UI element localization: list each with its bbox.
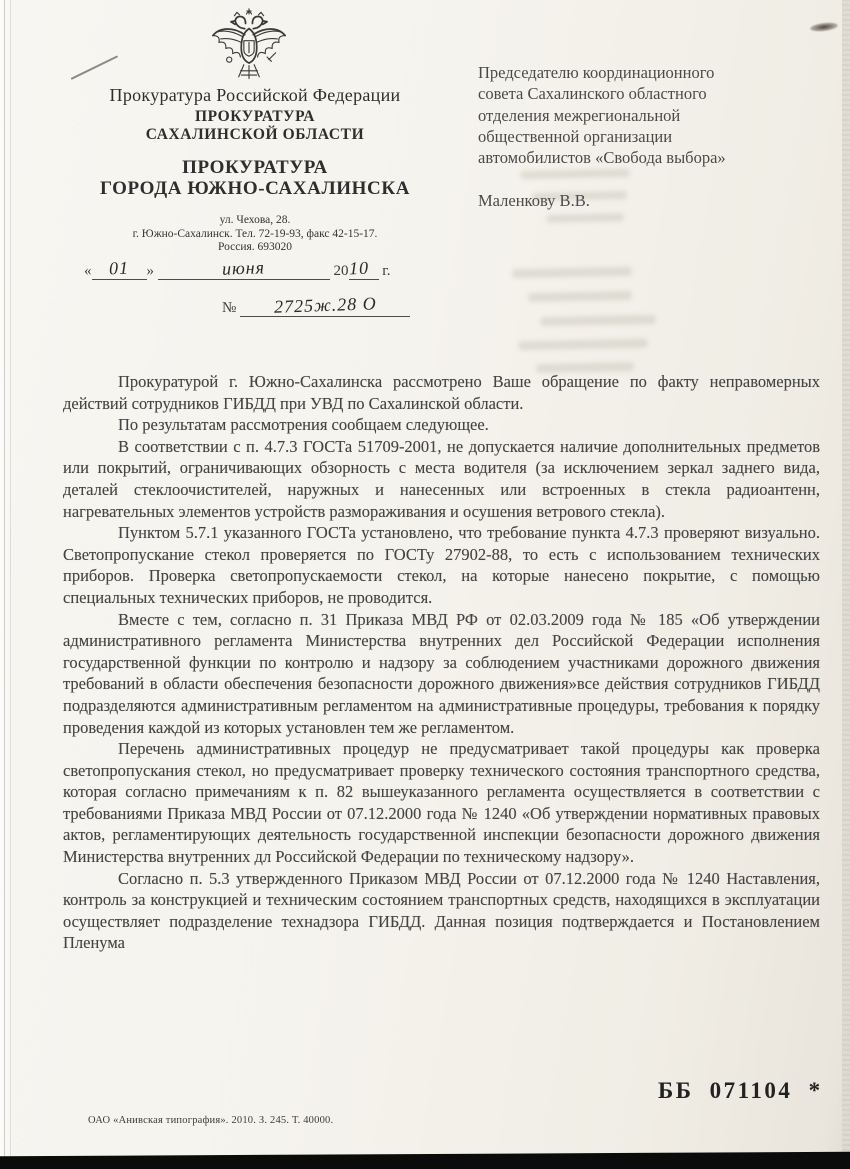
body-paragraph: Прокуратурой г. Южно-Сахалинска рассмотр… xyxy=(63,371,820,414)
date-month-handwritten: июня xyxy=(222,257,266,279)
outgoing-number-line: № 2725ж.28 О xyxy=(222,295,410,317)
bleed-through-mark xyxy=(518,339,648,351)
org-name-oblast-line2: САХАЛИНСКОЙ ОБЛАСТИ xyxy=(40,126,470,144)
org-name-city-line1: ПРОКУРАТУРА xyxy=(40,157,470,178)
addressee-line: автомобилистов «Свобода выбора» xyxy=(478,147,818,168)
letterhead-address: ул. Чехова, 28. г. Южно-Сахалинск. Тел. … xyxy=(40,214,470,254)
addressee-line: Председателю координационного xyxy=(478,62,818,83)
addressee-block: Председателю координационного совета Сах… xyxy=(478,62,818,212)
form-series-code: ББ 071104 * xyxy=(658,1078,823,1104)
scan-bottom-edge xyxy=(0,1152,850,1169)
body-paragraph: Перечень административных процедур не пр… xyxy=(63,738,820,868)
body-paragraph: Пунктом 5.7.1 указанного ГОСТа установле… xyxy=(63,522,820,608)
date-year-printed: 20 xyxy=(334,263,349,279)
org-name-oblast-line1: ПРОКУРАТУРА xyxy=(40,108,470,126)
date-day-handwritten: 01 xyxy=(109,258,130,280)
scan-vertical-line xyxy=(4,0,5,1169)
addressee-line: совета Сахалинского областного xyxy=(478,83,818,104)
address-city-phone: г. Южно-Сахалинск. Тел. 72-19-93, факс 4… xyxy=(40,228,470,241)
org-name-city-line2: ГОРОДА ЮЖНО-САХАЛИНСКА xyxy=(40,178,470,199)
date-open-quote: « xyxy=(84,263,92,279)
body-paragraph: По результатам рассмотрения сообщаем сле… xyxy=(63,414,820,436)
number-label: № xyxy=(222,300,236,316)
date-year-handwritten: 10 xyxy=(348,258,369,280)
bleed-through-mark xyxy=(528,291,632,302)
bleed-through-mark xyxy=(540,315,656,326)
org-name-federation: Прокуратура Российской Федерации xyxy=(40,85,470,106)
addressee-line: отделения межрегиональной xyxy=(478,105,818,126)
print-shop-imprint: ОАО «Анивская типография». 2010. З. 245.… xyxy=(88,1115,333,1126)
russian-double-headed-eagle-icon xyxy=(206,6,292,96)
letter-body: Прокуратурой г. Южно-Сахалинска рассмотр… xyxy=(63,371,820,954)
bleed-through-mark xyxy=(546,213,624,223)
body-paragraph: Вместе с тем, согласно п. 31 Приказа МВД… xyxy=(63,609,820,739)
scan-right-edge xyxy=(842,0,850,1169)
body-paragraph: Согласно п. 5.3 утвержденного Приказом М… xyxy=(63,868,820,954)
addressee-line: общественной организации xyxy=(478,126,818,147)
scanned-letter-page: Прокуратура Российской Федерации ПРОКУРА… xyxy=(0,0,850,1169)
bleed-through-mark xyxy=(512,267,632,279)
ink-smudge-artifact xyxy=(810,21,839,32)
number-value-handwritten: 2725ж.28 О xyxy=(273,293,376,318)
address-street: ул. Чехова, 28. xyxy=(40,214,470,227)
date-close-quote: » xyxy=(147,263,155,279)
pencil-mark-artifact xyxy=(71,55,119,80)
address-country-zip: Россия. 693020 xyxy=(40,241,470,254)
body-paragraph: В соответствии с п. 4.7.3 ГОСТа 51709-20… xyxy=(63,436,820,522)
date-line: «01» июня 2010 г. xyxy=(84,258,390,280)
date-year-suffix: г. xyxy=(382,263,390,279)
scan-vertical-line xyxy=(10,0,11,1169)
letterhead: Прокуратура Российской Федерации ПРОКУРА… xyxy=(40,85,470,254)
scan-left-edge xyxy=(0,0,13,1169)
addressee-name: Маленкову В.В. xyxy=(478,190,818,211)
